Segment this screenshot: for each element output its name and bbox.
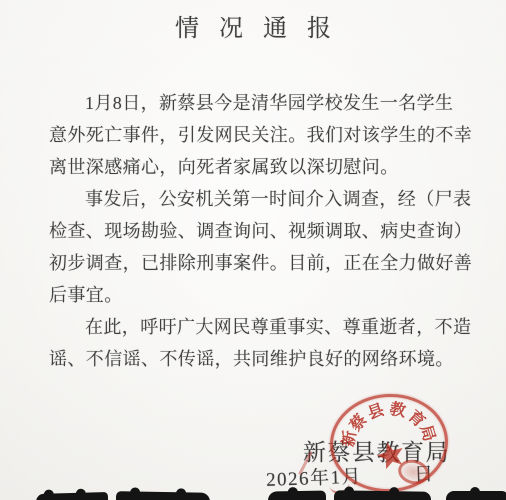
paragraph: 1月8日，新蔡县今是清华园学校发生一名学生意外死亡事件，引发网民关注。我们对该学… [49, 87, 466, 183]
text-line: 初步调查，已排除刑事案件。目前，正在全力做好善 [49, 247, 466, 279]
cropped-caption-strip [0, 486, 506, 500]
text-line: 谣、不信谣、不传谣，共同维护良好的网络环境。 [49, 343, 466, 375]
document-title: 情 况 通 报 [0, 8, 506, 43]
cropped-bold-text [116, 491, 210, 500]
text-line: 在此，呼吁广大网民尊重事实、尊重逝者，不造 [49, 311, 466, 343]
seal-arc-text: 新蔡县教育局 [327, 390, 445, 398]
paragraph: 事发后，公安机关第一时间介入调查，经（尸表检查、现场勘验、调查询问、视频调取、病… [49, 183, 466, 311]
text-line: 1月8日，新蔡县今是清华园学校发生一名学生 [49, 87, 466, 119]
document-body: 1月8日，新蔡县今是清华园学校发生一名学生意外死亡事件，引发网民关注。我们对该学… [49, 87, 466, 375]
cropped-bold-text [268, 490, 326, 500]
paragraph: 在此，呼吁广大网民尊重事实、尊重逝者，不造谣、不信谣、不传谣，共同维护良好的网络… [49, 311, 466, 375]
scanned-notice-document: 情 况 通 报 1月8日，新蔡县今是清华园学校发生一名学生意外死亡事件，引发网民… [0, 0, 506, 500]
cropped-bold-text [36, 492, 108, 500]
cropped-bold-text [446, 491, 506, 500]
seal-arc-char: 蔡 [343, 407, 368, 432]
seal-arc-char: 育 [406, 403, 431, 428]
text-line: 事发后，公安机关第一时间介入调查，经（尸表 [49, 183, 466, 215]
text-line: 离世深感痛心，向死者家属致以深切慰问。 [49, 151, 466, 183]
text-line: 后事宜。 [49, 279, 466, 311]
text-line: 检查、现场勘验、调查询问、视频调取、病史查询） [49, 215, 466, 247]
text-line: 意外死亡事件，引发网民关注。我们对该学生的不幸 [49, 119, 466, 151]
cropped-bold-text [334, 490, 431, 500]
seal-arc-char: 教 [388, 396, 409, 417]
seal-arc-char: 县 [363, 397, 386, 420]
